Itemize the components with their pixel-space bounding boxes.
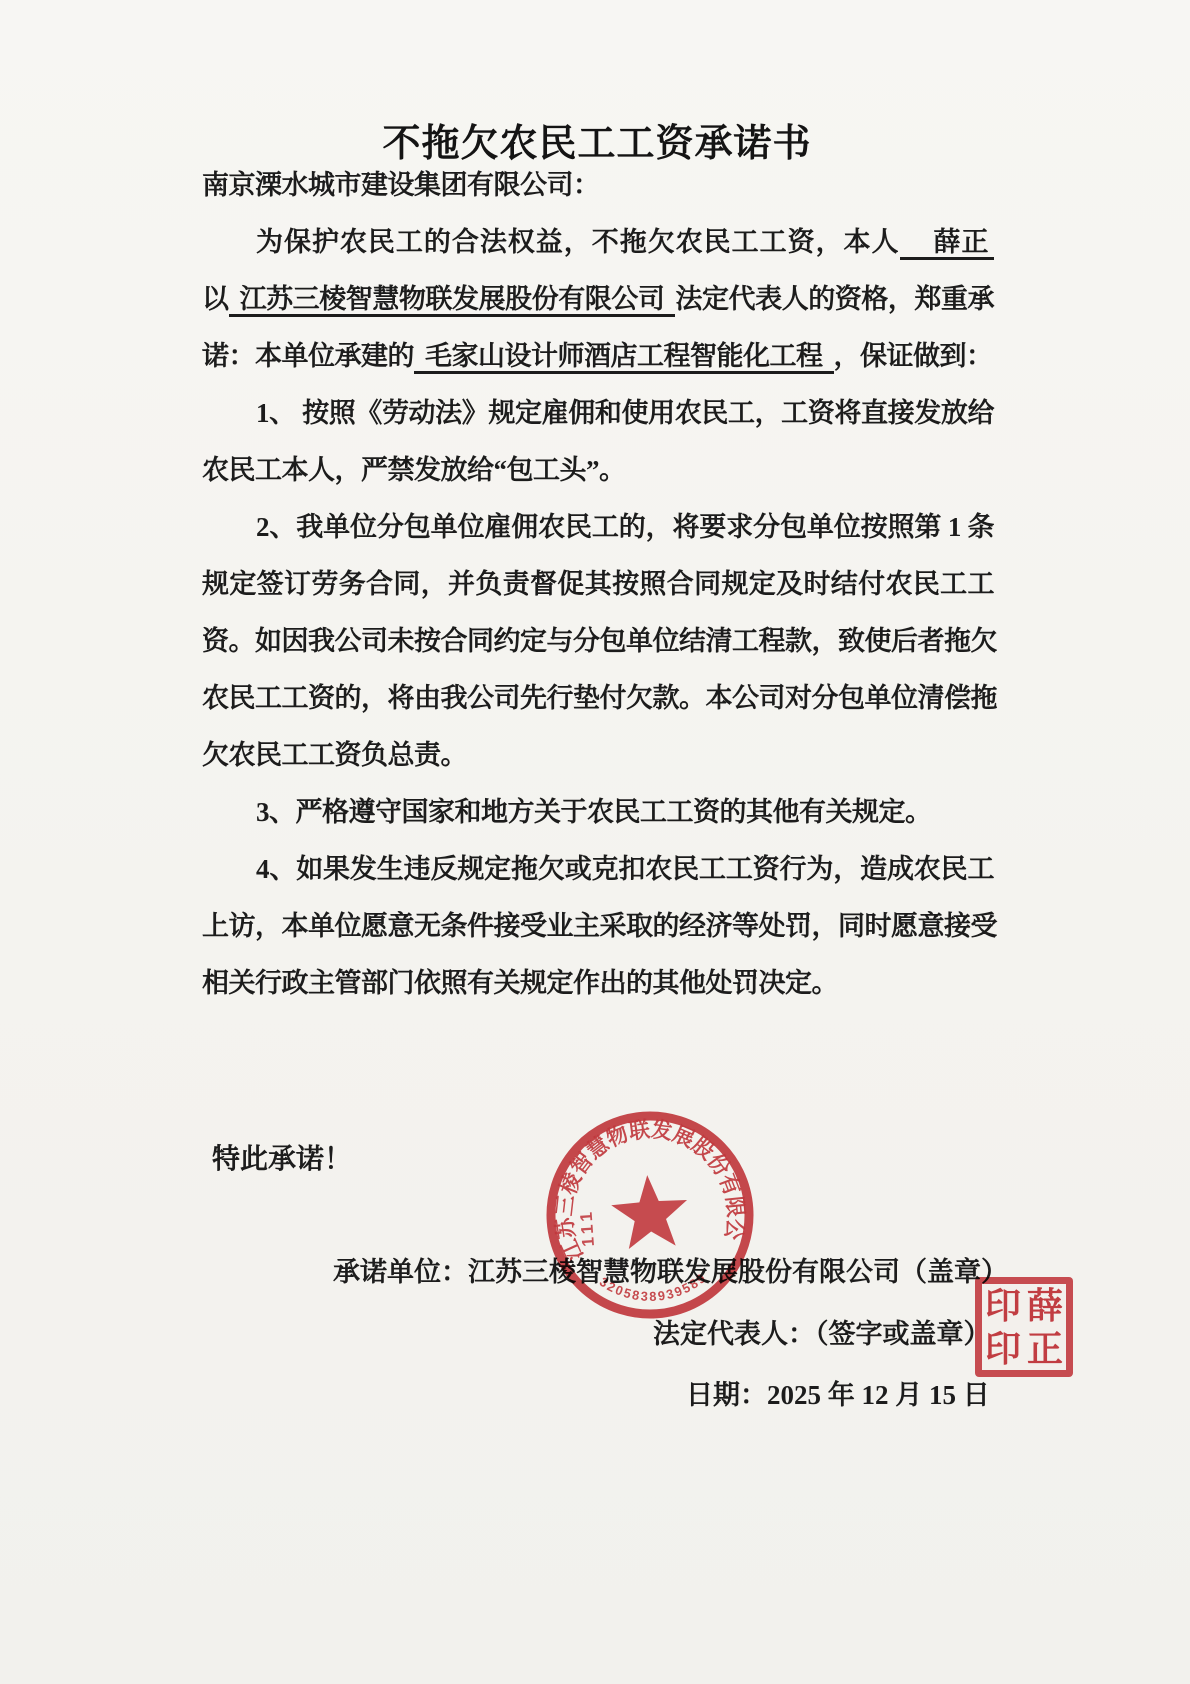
clause-line: 3、严格遵守国家和地方关于农民工工资的其他有关规定。 (202, 784, 994, 841)
clause-line: 2、我单位分包单位雇佣农民工的，将要求分包单位按照第 1 条 (202, 499, 994, 556)
company-name-underlined: 江苏三棱智慧物联发展股份有限公司 (229, 284, 676, 317)
legal-rep-name-underlined: 薛正 (900, 227, 994, 260)
personal-seal-char: 印 (982, 1284, 1024, 1327)
opening-line-2: 以江苏三棱智慧物联发展股份有限公司法定代表人的资格，郑重承 (202, 271, 994, 328)
company-seal-ring-text: 江苏三棱智慧物联发展股份有限公司 (528, 1093, 751, 1267)
clause-line: 1、 按照《劳动法》规定雇佣和使用农民工，工资将直接发放给 (202, 385, 994, 442)
signature-date-line: 日期：2025 年 12 月 15 日 (686, 1375, 990, 1415)
opening-line-3-post: ，保证做到： (834, 341, 993, 371)
personal-seal-char: 正 (1024, 1327, 1066, 1370)
opening-line-3-pre: 诺：本单位承建的 (202, 341, 414, 371)
opening-line-1: 为保护农民工的合法权益，不拖欠农民工工资，本人薛正 (202, 214, 994, 271)
star-icon (609, 1172, 690, 1250)
document-body: 南京溧水城市建设集团有限公司： 为保护农民工的合法权益，不拖欠农民工工资，本人薛… (202, 157, 994, 1012)
clause-line: 资。如因我公司未按合同约定与分包单位结清工程款，致使后者拖欠 (202, 613, 994, 670)
personal-seal-char: 薛 (1024, 1284, 1066, 1327)
closing-statement: 特此承诺！ (212, 1131, 352, 1188)
clause-line: 上访，本单位愿意无条件接受业主采取的经济等处罚，同时愿意接受 (202, 898, 994, 955)
clause-line: 农民工本人，严禁发放给“包工头”。 (202, 442, 994, 499)
clause-line: 欠农民工工资负总责。 (202, 727, 994, 784)
opening-line-2-post: 法定代表人的资格，郑重承 (675, 284, 994, 314)
company-seal-side-mark: 111 (576, 1208, 598, 1248)
addressee-line: 南京溧水城市建设集团有限公司： (202, 157, 994, 214)
opening-line-3: 诺：本单位承建的毛家山设计师酒店工程智能化工程，保证做到： (202, 328, 994, 385)
personal-seal-char: 印 (982, 1327, 1024, 1370)
clause-line: 规定签订劳务合同，并负责督促其按照合同规定及时结付农民工工 (202, 556, 994, 613)
clause-line: 农民工工资的，将由我公司先行垫付欠款。本公司对分包单位清偿拖 (202, 670, 994, 727)
company-seal-stamp: 江苏三棱智慧物联发展股份有限公司 3205838939589 111 (528, 1093, 771, 1336)
project-name-underlined: 毛家山设计师酒店工程智能化工程 (414, 341, 834, 374)
clause-line: 4、如果发生违反规定拖欠或克扣农民工工资行为，造成农民工 (202, 841, 994, 898)
opening-line-1-text: 为保护农民工的合法权益，不拖欠农民工工资，本人 (256, 227, 900, 257)
opening-line-2-pre: 以 (202, 284, 229, 314)
clause-line: 相关行政主管部门依照有关规定作出的其他处罚决定。 (202, 955, 994, 1012)
personal-seal-stamp: 印 薛 印 正 (975, 1277, 1073, 1377)
scanned-document-page: 不拖欠农民工工资承诺书 南京溧水城市建设集团有限公司： 为保护农民工的合法权益，… (0, 0, 1190, 1684)
